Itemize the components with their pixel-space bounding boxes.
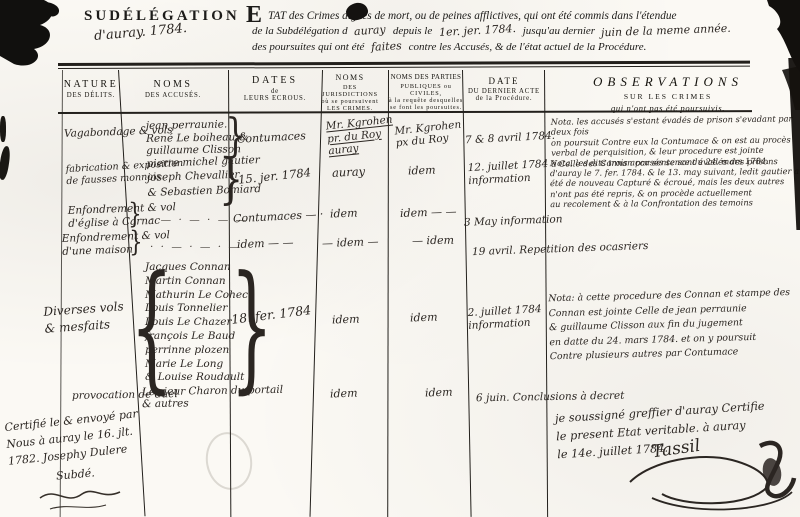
title-line-2-handwritten-date: 1er. jer. 1784.	[439, 22, 517, 39]
row2-observations-cell: Nota. les dits trois accusés se sont éva…	[550, 156, 800, 209]
title-line-2-print-a: de la Subdélégation d	[252, 25, 348, 37]
column-header-dates-ecrous: DATES de LEURS ECROUS.	[230, 75, 320, 102]
row3-nature-brace: }	[128, 200, 141, 228]
row5-jurisdiction-cell: idem	[332, 313, 360, 327]
ink-mark-left-edge-1	[0, 116, 6, 142]
ink-blot-top-left	[0, 0, 72, 72]
column-header-accuses-sub: DES ACCUSÉS.	[120, 92, 226, 99]
title-line-3-print-a: des poursuites qui ont été	[252, 41, 364, 53]
certification-left-flourish	[36, 484, 128, 514]
ink-mark-left-edge-2	[0, 146, 11, 181]
column-header-dates-title: DATES	[230, 75, 320, 86]
title-line-2-print-c: jusqu'au dernier	[523, 25, 595, 37]
column-header-accuses-title: NOMS	[120, 79, 226, 90]
title-line-2: de la Subdélégation d auray depuis le 1e…	[252, 24, 734, 37]
title-line-1: TAT des Crimes dignes de mort, ou de pei…	[268, 10, 677, 22]
row2-parties-cell: idem	[408, 164, 436, 178]
title-line-2-handwritten-place: auray	[354, 23, 387, 38]
column-header-parties: NOMS DES PARTIES PUBLIQUES ou CIVILES, à…	[388, 73, 464, 111]
document-sheet: SUDÉLÉGATION d'auray. 1784. E TAT des Cr…	[0, 0, 800, 517]
table-top-rule-thick	[58, 61, 750, 66]
row3-parties-cell: idem — —	[400, 205, 457, 220]
row5-parties-cell: idem	[410, 311, 438, 325]
column-header-nature-title: NATURE	[62, 79, 120, 90]
row5-observations-cell: Nota: à cette procedure des Connan et st…	[548, 286, 800, 365]
row5-nature-cell: Diverses vols & mesfaits	[43, 298, 125, 338]
row2-jurisdiction-cell: auray	[332, 165, 366, 180]
row6-jurisdiction-cell: idem	[330, 387, 358, 401]
certification-left-subscription: Subdé.	[56, 466, 96, 482]
row4-jurisdiction-cell: — idem —	[322, 235, 379, 250]
row3-jurisdiction-cell: idem	[330, 207, 358, 221]
column-header-accuses: NOMS DES ACCUSÉS.	[120, 79, 226, 99]
row6-parties-cell: idem	[425, 386, 453, 400]
row3-ecrous-cell: Contumaces — ·	[233, 208, 324, 226]
row6-date-cell: 6 juin. Conclusions à decret	[476, 390, 625, 406]
title-line-2-handwritten-until: juin de la meme année.	[601, 22, 731, 40]
row1-jurisdiction-cell: Mr. Kgrohen pr. du Roy auray	[325, 114, 396, 159]
title-line-3-print-b: contre les Accusés, & de l'état actuel d…	[409, 41, 647, 53]
stamp-circle	[201, 428, 256, 493]
column-header-dernier-acte-sub: DU DERNIER ACTE de la Procédure.	[464, 88, 544, 102]
title-line-3: des poursuites qui ont été faites contre…	[252, 40, 646, 53]
column-header-nature-sub: DES DÉLITS.	[62, 92, 120, 99]
row4-parties-cell: — idem	[412, 234, 454, 248]
column-rule-3	[310, 70, 324, 517]
certification-left: Certifié le & envoyé par Nous à auray le…	[4, 405, 142, 470]
title-line-2-print-b: depuis le	[393, 25, 432, 37]
column-header-nature: NATURE DES DÉLITS.	[62, 79, 120, 99]
row1-parties-cell: Mr. Kgrohen px du Roy	[394, 119, 463, 150]
column-header-jurisdictions-sub: DES JURISDICTIONS où se poursuivent LES …	[314, 84, 386, 112]
row1-ecrous-cell: Contumaces	[237, 129, 307, 146]
column-header-parties-title: NOMS DES PARTIES	[388, 73, 464, 81]
column-header-jurisdictions: NOMS DES JURISDICTIONS où se poursuivent…	[314, 73, 386, 112]
column-header-parties-sub: PUBLIQUES ou CIVILES, à la requête desqu…	[388, 83, 464, 111]
row5-date-cell: 2. juillet 1784 information	[467, 303, 542, 333]
row1-date-cell: 7 & 8 avril 1784.	[465, 130, 556, 148]
column-header-dernier-acte: DATE DU DERNIER ACTE de la Procédure.	[464, 76, 544, 102]
row3-date-cell: 3 May information	[464, 213, 563, 229]
signature-flourish	[622, 430, 797, 514]
row2-date-cell: 12. juillet 1784 information	[467, 158, 549, 187]
row4-date-cell: 19 avril. Repetition des ocasriers	[472, 240, 649, 259]
row6-accused-cell: Le sieur Charon du portail & autres	[142, 384, 284, 410]
row5-brace-close: }	[230, 258, 273, 396]
column-header-jurisdictions-title: NOMS	[314, 73, 386, 82]
table-top-rule-thin	[58, 66, 750, 70]
column-header-dates-sub: de LEURS ECROUS.	[230, 88, 320, 102]
column-header-dernier-acte-title: DATE	[464, 76, 544, 86]
title-line-3-handwritten: faites	[371, 39, 402, 54]
